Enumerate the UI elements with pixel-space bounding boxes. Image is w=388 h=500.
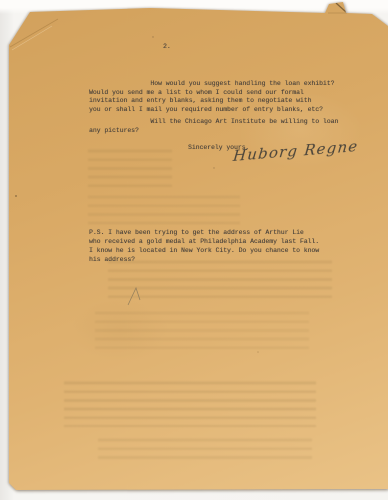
fold-crease xyxy=(10,19,58,47)
paper-speck xyxy=(213,167,214,168)
bleed-through-text xyxy=(64,379,316,427)
signature-handwritten: Huborg Regne xyxy=(232,137,359,165)
bleed-through-text xyxy=(95,309,309,351)
paper-speck xyxy=(257,351,259,353)
paper-speck xyxy=(152,36,153,37)
bleed-through-text xyxy=(98,436,312,459)
bleed-through-text xyxy=(88,193,240,229)
paper-shadow-wrap: 2. How would you suggest handling the lo… xyxy=(0,0,388,500)
scanned-letter-page: 2. How would you suggest handling the lo… xyxy=(0,0,388,500)
page-number: 2. xyxy=(163,43,171,52)
bleed-through-text xyxy=(108,258,332,302)
paragraph-loan-exhibit: How would you suggest handling the loan … xyxy=(89,80,334,115)
paper-sheet: 2. How would you suggest handling the lo… xyxy=(0,0,388,500)
paragraph-chicago-inquiry: Will the Chicago Art Institute be willin… xyxy=(89,118,338,135)
tear-notch-shadow xyxy=(336,3,346,12)
paper-speck xyxy=(15,195,17,197)
bleed-through-text xyxy=(88,147,172,187)
postscript-paragraph: P.S. I have been trying to get the addre… xyxy=(89,228,319,264)
fold-crease-highlight xyxy=(12,26,52,50)
